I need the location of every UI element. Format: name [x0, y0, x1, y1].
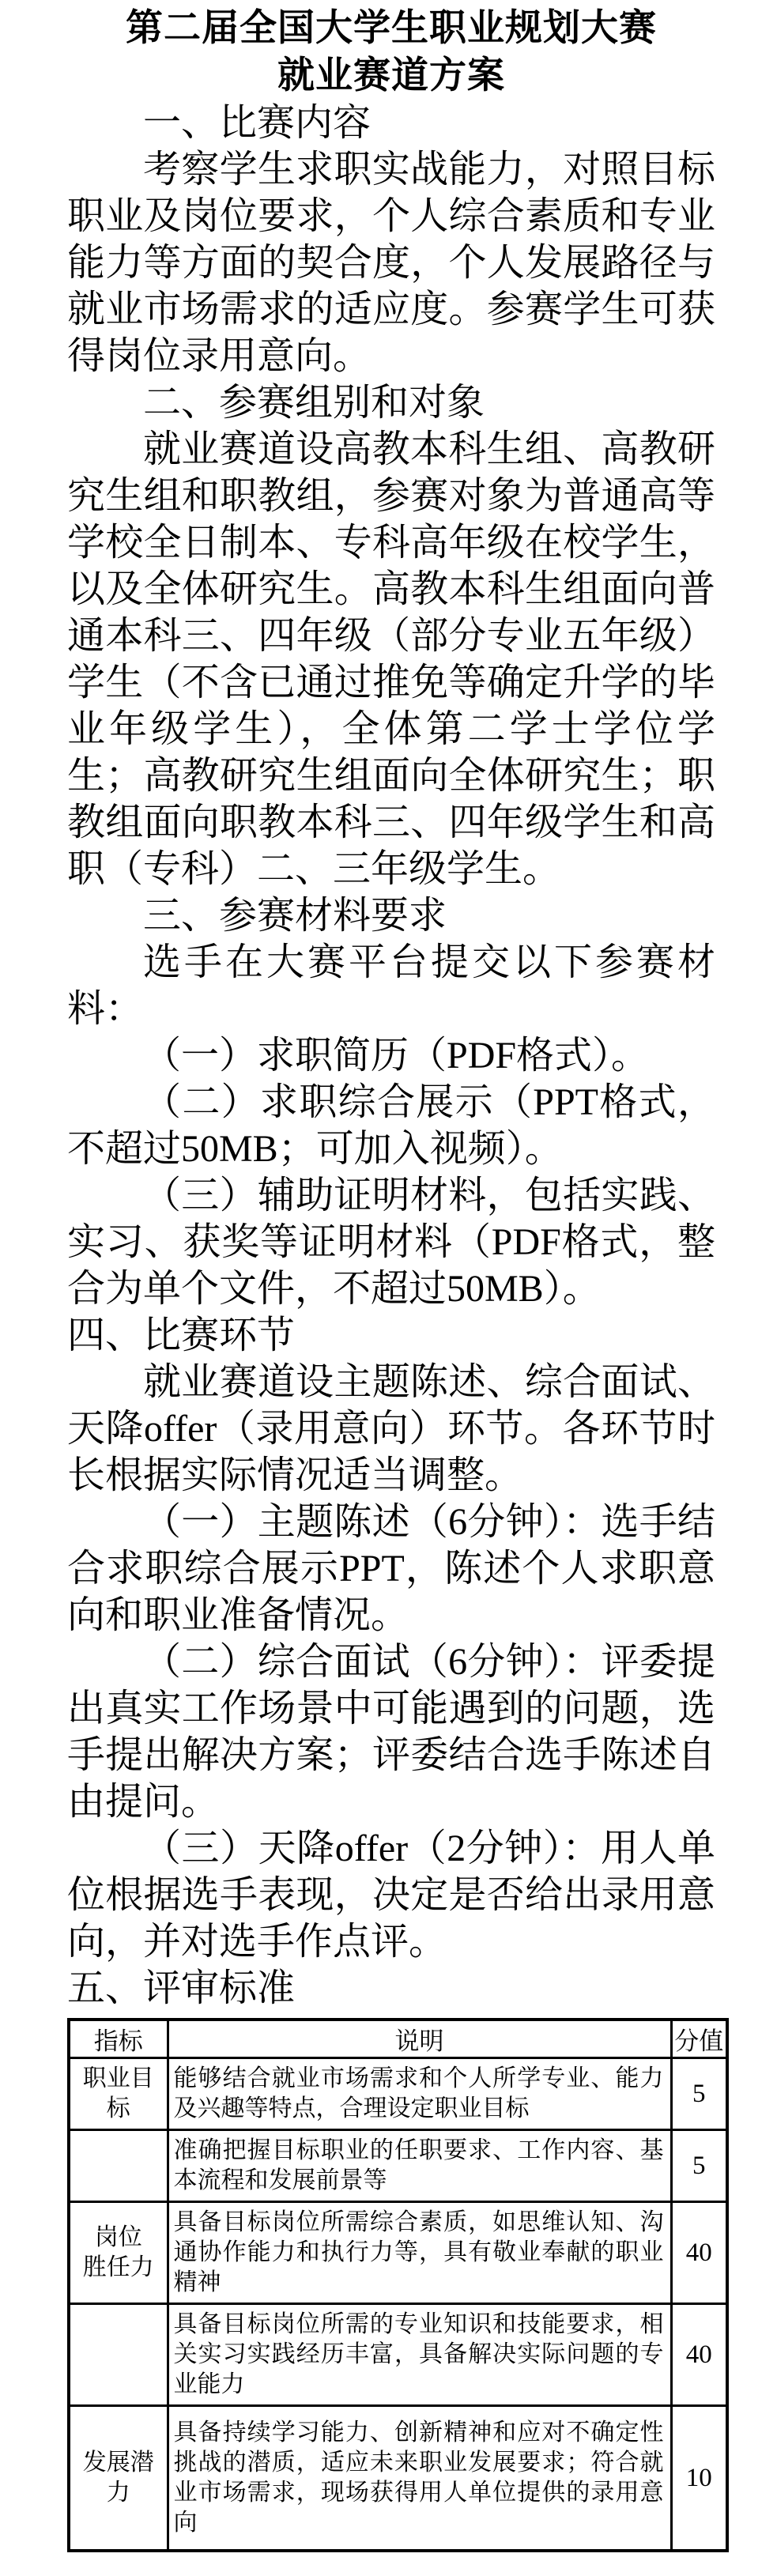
description-cell: 准确把握目标职业的任职要求、工作内容、基本流程和发展前景等	[168, 2130, 671, 2202]
score-cell: 10	[671, 2406, 727, 2551]
document-body: 一、比赛内容考察学生求职实战能力，对照目标职业及岗位要求，个人综合素质和专业能力…	[67, 100, 715, 2012]
table-row: 职业目标 能够结合就业市场需求和个人所学专业、能力及兴趣等特点，合理设定职业目标…	[69, 2058, 727, 2130]
document-page: 第二届全国大学生职业规划大赛 就业赛道方案 一、比赛内容考察学生求职实战能力，对…	[0, 0, 777, 2576]
description-cell: 具备目标岗位所需的专业知识和技能要求，相关实习实践经历丰富，具备解决实际问题的专…	[168, 2304, 671, 2406]
description-cell: 能够结合就业市场需求和个人所学专业、能力及兴趣等特点，合理设定职业目标	[168, 2058, 671, 2130]
description-cell: 具备目标岗位所需综合素质，如思维认知、沟通协作能力和执行力等，具有敬业奉献的职业…	[168, 2202, 671, 2304]
paragraph: （二）求职综合展示（PPT格式，不超过50MB；可加入视频）。	[67, 1079, 715, 1172]
paragraph: 考察学生求职实战能力，对照目标职业及岗位要求，个人综合素质和专业能力等方面的契合…	[67, 146, 715, 379]
document-title-line-1: 第二届全国大学生职业规划大赛	[67, 5, 715, 52]
indicator-cell	[69, 2130, 168, 2202]
paragraph: 选手在大赛平台提交以下参赛材料：	[67, 939, 715, 1032]
score-cell: 5	[671, 2130, 727, 2202]
indicator-cell	[69, 2304, 168, 2406]
paragraph: （一）求职简历（PDF格式）。	[67, 1032, 715, 1079]
rubric-table: 指标说明分值 职业目标 能够结合就业市场需求和个人所学专业、能力及兴趣等特点，合…	[67, 2018, 729, 2552]
rubric-table-head: 指标说明分值	[69, 2020, 727, 2058]
table-header-cell: 说明	[168, 2020, 671, 2058]
table-header-cell: 分值	[671, 2020, 727, 2058]
paragraph: 就业赛道设主题陈述、综合面试、天降offer（录用意向）环节。各环节时长根据实际…	[67, 1359, 715, 1499]
score-cell: 40	[671, 2304, 727, 2406]
table-row: 岗位 胜任力 具备目标岗位所需综合素质，如思维认知、沟通协作能力和执行力等，具有…	[69, 2202, 727, 2304]
paragraph: 五、评审标准	[67, 1965, 715, 2012]
indicator-cell: 职业目标	[69, 2058, 168, 2130]
table-header-cell: 指标	[69, 2020, 168, 2058]
paragraph: 就业赛道设高教本科生组、高教研究生组和职教组，参赛对象为普通高等学校全日制本、专…	[67, 426, 715, 892]
document-title: 第二届全国大学生职业规划大赛 就业赛道方案	[67, 5, 715, 100]
paragraph: 二、参赛组别和对象	[67, 379, 715, 426]
indicator-cell: 岗位 胜任力	[69, 2202, 168, 2304]
paragraph: 四、比赛环节	[67, 1312, 715, 1359]
paragraph: 一、比赛内容	[67, 100, 715, 146]
score-cell: 5	[671, 2058, 727, 2130]
indicator-cell: 发展潜力	[69, 2406, 168, 2551]
paragraph: 三、参赛材料要求	[67, 892, 715, 939]
table-row: 准确把握目标职业的任职要求、工作内容、基本流程和发展前景等 5	[69, 2130, 727, 2202]
rubric-table-body: 职业目标 能够结合就业市场需求和个人所学专业、能力及兴趣等特点，合理设定职业目标…	[69, 2058, 727, 2551]
paragraph: （二）综合面试（6分钟）：评委提出真实工作场景中可能遇到的问题，选手提出解决方案…	[67, 1639, 715, 1825]
score-cell: 40	[671, 2202, 727, 2304]
description-cell: 具备持续学习能力、创新精神和应对不确定性挑战的潜质，适应未来职业发展要求；符合就…	[168, 2406, 671, 2551]
paragraph: （一）主题陈述（6分钟）：选手结合求职综合展示PPT，陈述个人求职意向和职业准备…	[67, 1499, 715, 1639]
table-header-row: 指标说明分值	[69, 2020, 727, 2058]
document-title-line-2: 就业赛道方案	[67, 52, 715, 100]
table-row: 具备目标岗位所需的专业知识和技能要求，相关实习实践经历丰富，具备解决实际问题的专…	[69, 2304, 727, 2406]
paragraph: （三）天降offer（2分钟）：用人单位根据选手表现，决定是否给出录用意向，并对…	[67, 1825, 715, 1965]
paragraph: （三）辅助证明材料，包括实践、实习、获奖等证明材料（PDF格式，整合为单个文件，…	[67, 1172, 715, 1312]
table-row: 发展潜力 具备持续学习能力、创新精神和应对不确定性挑战的潜质，适应未来职业发展要…	[69, 2406, 727, 2551]
